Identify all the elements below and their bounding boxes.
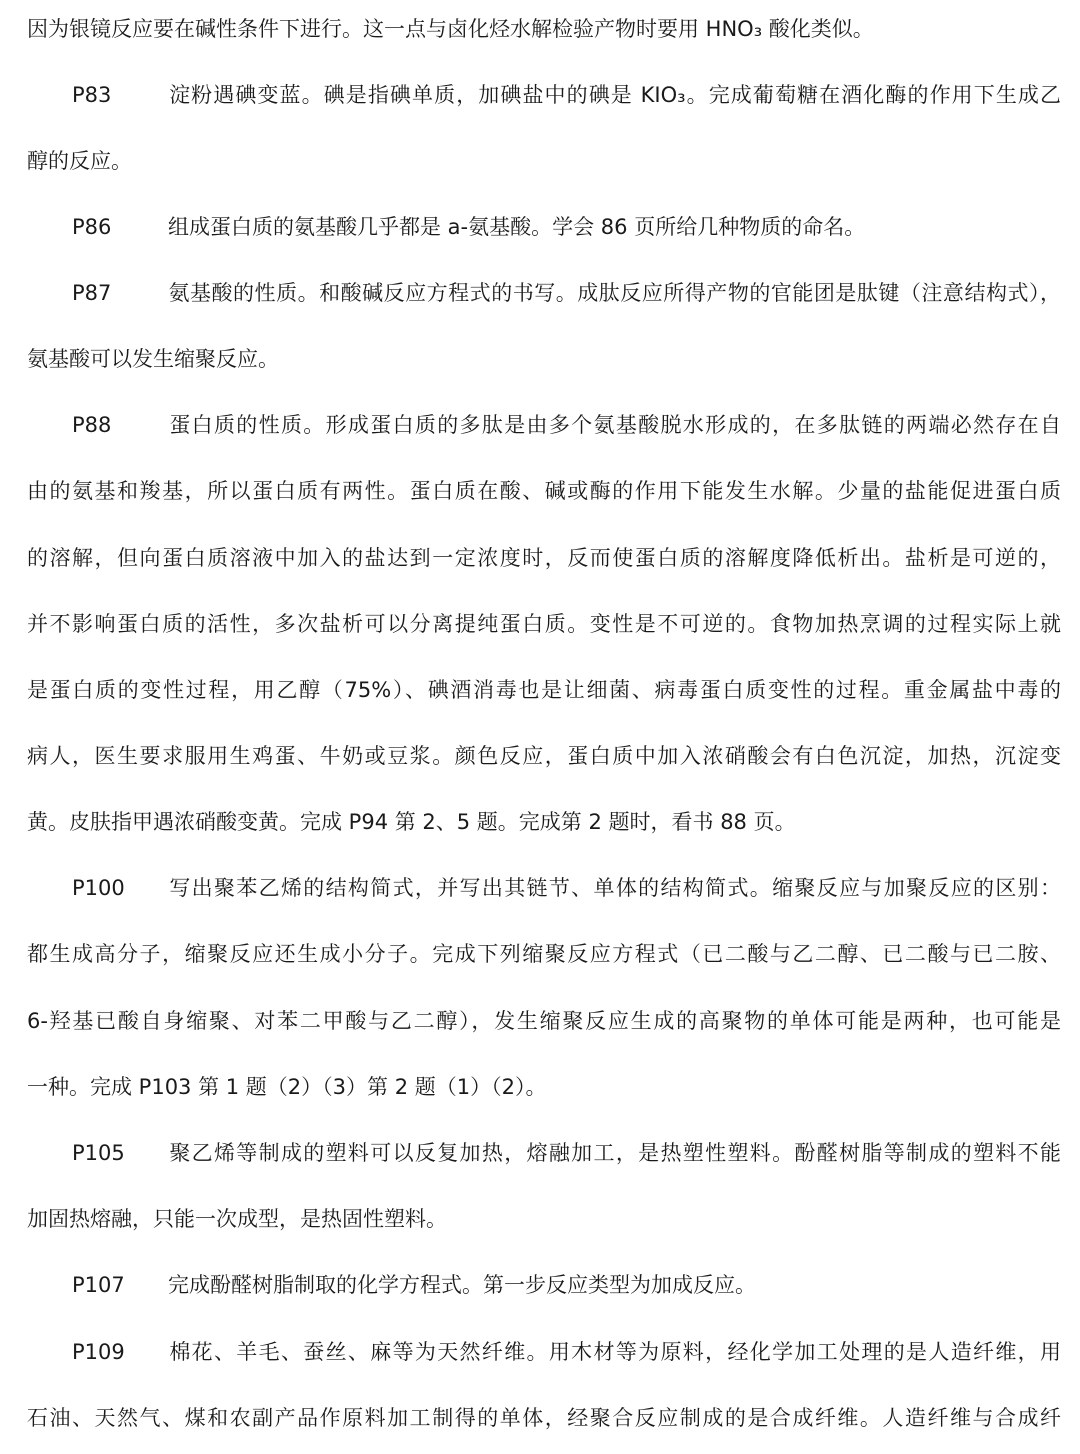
paragraph-first-line: P83淀粉遇碘变蓝。碘是指碘单质，加碘盐中的碘是 KIO₃。完成葡萄糖在酒化酶的… — [72, 75, 1061, 115]
page-label: P105 — [72, 1133, 168, 1173]
page-label: P107 — [72, 1265, 168, 1305]
paragraph-line: 醇的反应。 — [27, 141, 1061, 181]
paragraph-line: 6-羟基已酸自身缩聚、对苯二甲酸与乙二醇），发生缩聚反应生成的高聚物的单体可能是… — [27, 1001, 1061, 1041]
paragraph-first-line: P87氨基酸的性质。和酸碱反应方程式的书写。成肽反应所得产物的官能团是肽键（注意… — [72, 273, 1061, 313]
paragraph-line: 因为银镜反应要在碱性条件下进行。这一点与卤化烃水解检验产物时要用 HNO₃ 酸化… — [27, 9, 1061, 49]
page-label: P100 — [72, 868, 168, 908]
paragraph-text: 蛋白质的性质。形成蛋白质的多肽是由多个氨基酸脱水形成的，在多肽链的两端必然存在自 — [168, 413, 1061, 437]
paragraph-first-line: P88蛋白质的性质。形成蛋白质的多肽是由多个氨基酸脱水形成的，在多肽链的两端必然… — [72, 405, 1061, 445]
paragraph-first-line: P100写出聚苯乙烯的结构简式，并写出其链节、单体的结构简式。缩聚反应与加聚反应… — [72, 868, 1061, 908]
paragraph-line: 并不影响蛋白质的活性，多次盐析可以分离提纯蛋白质。变性是不可逆的。食物加热烹调的… — [27, 604, 1061, 644]
paragraph-line: 是蛋白质的变性过程，用乙醇（75%）、碘酒消毒也是让细菌、病毒蛋白质变性的过程。… — [27, 670, 1061, 710]
page-label: P83 — [72, 75, 168, 115]
paragraph-line: 的溶解，但向蛋白质溶液中加入的盐达到一定浓度时，反而使蛋白质的溶解度降低析出。盐… — [27, 538, 1061, 578]
page-label: P86 — [72, 207, 168, 247]
paragraph-line: 都生成高分子，缩聚反应还生成小分子。完成下列缩聚反应方程式（已二酸与乙二醇、已二… — [27, 934, 1061, 974]
page-label: P87 — [72, 273, 168, 313]
paragraph-line: 黄。皮肤指甲遇浓硝酸变黄。完成 P94 第 2、5 题。完成第 2 题时，看书 … — [27, 802, 1061, 842]
paragraph-line: 由的氨基和羧基，所以蛋白质有两性。蛋白质在酸、碱或酶的作用下能发生水解。少量的盐… — [27, 471, 1061, 511]
paragraph-line: 氨基酸可以发生缩聚反应。 — [27, 339, 1061, 379]
paragraph-first-line: P86组成蛋白质的氨基酸几乎都是 a-氨基酸。学会 86 页所给几种物质的命名。 — [72, 207, 1061, 247]
paragraph-line: 病人，医生要求服用生鸡蛋、牛奶或豆浆。颜色反应，蛋白质中加入浓硝酸会有白色沉淀，… — [27, 736, 1061, 776]
paragraph-first-line: P105聚乙烯等制成的塑料可以反复加热，熔融加工，是热塑性塑料。酚醛树脂等制成的… — [72, 1133, 1061, 1173]
paragraph-text: 氨基酸的性质。和酸碱反应方程式的书写。成肽反应所得产物的官能团是肽键（注意结构式… — [168, 281, 1061, 305]
paragraph-line: 一种。完成 P103 第 1 题（2）（3）第 2 题（1）（2）。 — [27, 1067, 1061, 1107]
paragraph-text: 写出聚苯乙烯的结构简式，并写出其链节、单体的结构简式。缩聚反应与加聚反应的区别： — [168, 876, 1061, 900]
paragraph-first-line: P107完成酚醛树脂制取的化学方程式。第一步反应类型为加成反应。 — [72, 1265, 1061, 1305]
paragraph-text: 淀粉遇碘变蓝。碘是指碘单质，加碘盐中的碘是 KIO₃。完成葡萄糖在酒化酶的作用下… — [168, 83, 1061, 107]
page-label: P109 — [72, 1332, 168, 1372]
paragraph-text: 棉花、羊毛、蚕丝、麻等为天然纤维。用木材等为原料，经化学加工处理的是人造纤维，用 — [168, 1340, 1061, 1364]
paragraph-text: 完成酚醛树脂制取的化学方程式。第一步反应类型为加成反应。 — [168, 1273, 756, 1297]
paragraph-line: 石油、天然气、煤和农副产品作原料加工制得的单体，经聚合反应制成的是合成纤维。人造… — [27, 1398, 1061, 1438]
paragraph-line: 加固热熔融，只能一次成型，是热固性塑料。 — [27, 1199, 1061, 1239]
paragraph-text: 组成蛋白质的氨基酸几乎都是 a-氨基酸。学会 86 页所给几种物质的命名。 — [168, 215, 865, 239]
page-label: P88 — [72, 405, 168, 445]
paragraph-first-line: P109棉花、羊毛、蚕丝、麻等为天然纤维。用木材等为原料，经化学加工处理的是人造… — [72, 1332, 1061, 1372]
paragraph-text: 聚乙烯等制成的塑料可以反复加热，熔融加工，是热塑性塑料。酚醛树脂等制成的塑料不能 — [168, 1141, 1061, 1165]
